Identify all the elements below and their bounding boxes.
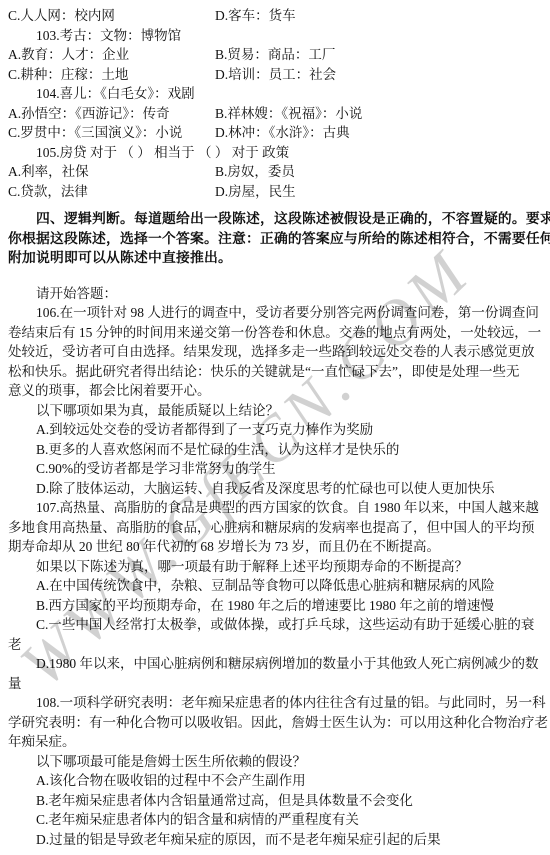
option-right: D.培训：员工：社会 [215,65,336,85]
question-108: 学研究表明：有一种化合物可以吸收铝。因此，詹姆士医生认为：可以用这种化合物治疗老 [0,713,550,733]
option-right: D.林冲：《水浒》：古典 [215,123,350,143]
option-106-D: D.除了肢体运动，大脑运转、自我反省及深度思考的忙碌也可以使人更加快乐 [0,479,550,499]
question-106-stem: 以下哪项如果为真，最能质疑以上结论？ [0,401,550,421]
question-105: 105.房贷 对于 （ ） 相当于 （ ） 对于 政策 [0,143,550,163]
option-left: A.教育：人才：企业 [8,45,215,65]
section-header: 附加说明即可以从陈述中直接推出。 [0,248,550,268]
option-right: B.房奴，委员 [215,162,295,182]
option-row: A.教育：人才：企业B.贸易：商品：工厂 [0,45,550,65]
option-right: D.客车：货车 [215,6,296,26]
option-right: D.房屋，民生 [215,182,296,202]
option-106-B: B.更多的人喜欢悠闲而不是忙碌的生活，认为这样才是快乐的 [0,440,550,460]
exam-paper-page: WWW.GfECN.COM C.人人网：校内网D.客车：货车103.考古：文物：… [0,0,550,855]
option-row: C.贷款，法律D.房屋，民生 [0,182,550,202]
option-right: B.贸易：商品：工厂 [215,45,335,65]
question-104: 104.喜儿：《白毛女》：戏剧 [0,84,550,104]
section-header: 你根据这段陈述，选择一个答案。注意：正确的答案应与所给的陈述相符合，不需要任何 [0,229,550,249]
option-left: C.贷款，法律 [8,182,215,202]
option-left: C.罗贯中：《三国演义》：小说 [8,123,215,143]
option-107-A: A.在中国传统饮食中，杂粮、豆制品等食物可以降低患心脏病和糖尿病的风险 [0,576,550,596]
spacer [0,268,550,284]
option-left: C.人人网：校内网 [8,6,215,26]
question-107: 期寿命却从 20 世纪 80 年代初的 68 岁增长为 73 岁，而且仍在不断提… [0,537,550,557]
question-107: 107.高热量、高脂肪的食品是典型的西方国家的饮食。自 1980 年以来，中国人… [0,498,550,518]
option-row: C.耕种：庄稼：土地D.培训：员工：社会 [0,65,550,85]
spacer [0,201,550,209]
question-106: 意义的琐事，都会比闲着要开心。 [0,381,550,401]
option-108-A: A.该化合物在吸收铝的过程中不会产生副作用 [0,771,550,791]
option-right: B.祥林嫂：《祝福》：小说 [215,104,362,124]
option-left: A.利率，社保 [8,162,215,182]
option-left: A.孙悟空：《西游记》：传奇 [8,104,215,124]
question-106: 卷结束后有 15 分钟的时间用来递交第一份答卷和休息。交卷的地点有两处，一处较远… [0,323,550,343]
question-108: 108.一项科学研究表明：老年痴呆症患者的体内往往含有过量的铝。与此同时，另一科 [0,693,550,713]
question-106: 106.在一项针对 98 人进行的调查中，受访者要分别答完两份调查问卷，第一份调… [0,303,550,323]
question-106: 松和快乐。据此研究者得出结论：快乐的关键就是“一直忙碌下去”，即使是处理一些无 [0,362,550,382]
option-row: A.孙悟空：《西游记》：传奇B.祥林嫂：《祝福》：小说 [0,104,550,124]
option-107-D: 量 [0,674,550,694]
option-row: A.利率，社保B.房奴，委员 [0,162,550,182]
question-108-stem: 以下哪项最可能是詹姆士医生所依赖的假设？ [0,752,550,772]
option-left: C.耕种：庄稼：土地 [8,65,215,85]
question-103: 103.考古：文物：博物馆 [0,26,550,46]
question-107-stem: 如果以下陈述为真，哪一项最有助于解释上述平均预期寿命的不断提高？ [0,557,550,577]
option-107-B: B.西方国家的平均预期寿命，在 1980 年之后的增速要比 1980 年之前的增… [0,596,550,616]
option-108-B: B.老年痴呆症患者体内含铝量通常过高，但是具体数量不会变化 [0,791,550,811]
option-106-A: A.到较远处交卷的受访者都得到了一支巧克力棒作为奖励 [0,420,550,440]
question-108: 年痴呆症。 [0,732,550,752]
option-row: C.人人网：校内网D.客车：货车 [0,6,550,26]
section-header: 四、逻辑判断。每道题给出一段陈述，这段陈述被假设是正确的，不容置疑的。要求 [0,209,550,229]
question-107: 多地食用高热量、高脂肪的食品，心脏病和糖尿病的发病率也提高了，但中国人的平均预 [0,518,550,538]
option-107-C: C.一些中国人经常打太极拳，或做体操，或打乒乓球，这些运动有助于延缓心脏的衰 [0,615,550,635]
option-108-D: D.过量的铝是导致老年痴呆症的原因，而不是老年痴呆症引起的后果 [0,830,550,850]
document-body: C.人人网：校内网D.客车：货车103.考古：文物：博物馆A.教育：人才：企业B… [0,0,550,849]
option-106-C: C.90%的受访者都是学习非常努力的学生 [0,459,550,479]
option-row: C.罗贯中：《三国演义》：小说D.林冲：《水浒》：古典 [0,123,550,143]
start-prompt: 请开始答题： [0,284,550,304]
option-107-C: 老 [0,635,550,655]
question-106: 处较近，受访者可自由选择。结果发现，选择多走一些路到较远处交卷的人表示感觉更放 [0,342,550,362]
option-108-C: C.老年痴呆症患者体内的铝含量和病情的严重程度有关 [0,810,550,830]
option-107-D: D.1980 年以来，中国心脏病例和糖尿病例增加的数量小于其他致人死亡病例减少的… [0,654,550,674]
